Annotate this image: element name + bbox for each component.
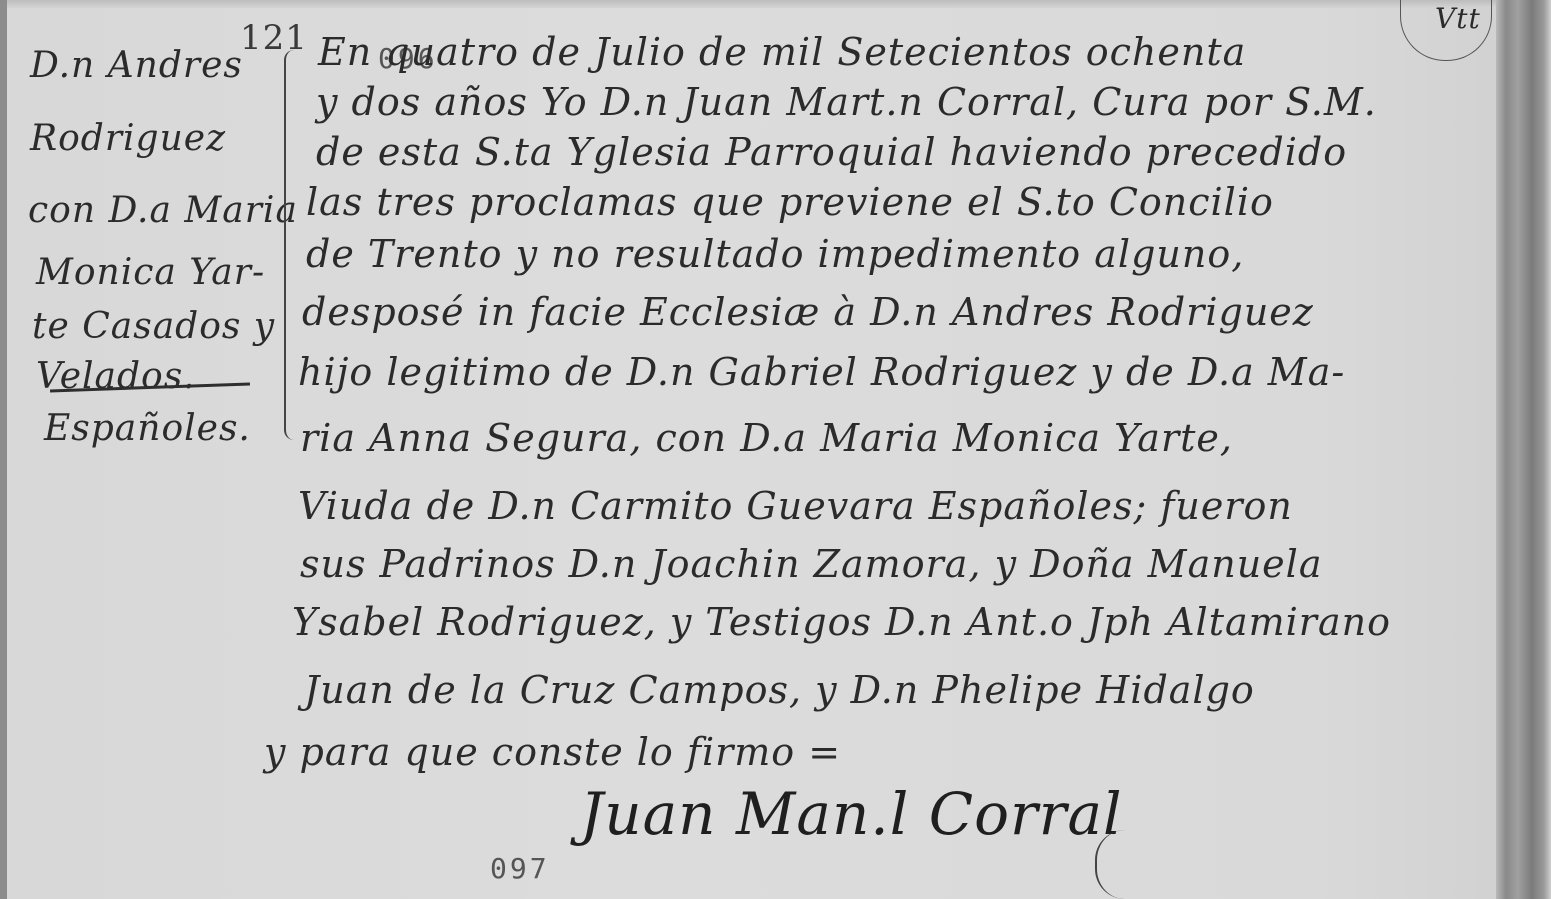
- margin-line: Monica Yar-: [36, 252, 265, 293]
- margin-line: te Casados y: [32, 306, 275, 347]
- register-page: Vtt 121 096 097 D.n Andres Rodriguez con…: [0, 0, 1551, 899]
- page-right-edge: [1496, 0, 1551, 899]
- signature-rubric: [1095, 830, 1157, 899]
- seal-mark-text: Vtt: [1435, 2, 1481, 35]
- margin-line: D.n Andres: [30, 45, 243, 86]
- margin-line: Españoles.: [44, 408, 251, 449]
- margin-line: con D.a Maria: [28, 190, 298, 231]
- page-left-edge: [0, 0, 7, 899]
- priest-signature: Juan Man.l Corral: [580, 780, 1123, 848]
- entry-line: de Trento y no resultado impedimento alg…: [306, 232, 1244, 276]
- page-top-edge: [0, 0, 1551, 8]
- entry-line: las tres proclamas que previene el S.to …: [306, 180, 1274, 224]
- entry-line: En quatro de Julio de mil Setecientos oc…: [318, 30, 1246, 74]
- entry-line: Viuda de D.n Carmito Guevara Españoles; …: [298, 484, 1293, 528]
- entry-line: Ysabel Rodriguez, y Testigos D.n Ant.o J…: [292, 600, 1391, 644]
- entry-line: Juan de la Cruz Campos, y D.n Phelipe Hi…: [304, 668, 1255, 712]
- entry-line: desposé in facie Ecclesiæ à D.n Andres R…: [302, 290, 1314, 334]
- entry-line: ria Anna Segura, con D.a Maria Monica Ya…: [300, 416, 1233, 460]
- entry-line: y para que conste lo firmo =: [264, 730, 841, 774]
- stamp-bottom: 097: [490, 852, 550, 885]
- seal-mark: Vtt: [1400, 0, 1492, 61]
- margin-line: Rodriguez: [30, 118, 226, 159]
- entry-line: sus Padrinos D.n Joachin Zamora, y Doña …: [300, 542, 1322, 586]
- entry-line: hijo legitimo de D.n Gabriel Rodriguez y…: [298, 350, 1345, 394]
- entry-line: de esta S.ta Yglesia Parroquial haviendo…: [316, 130, 1347, 174]
- entry-line: y dos años Yo D.n Juan Mart.n Corral, Cu…: [316, 80, 1377, 124]
